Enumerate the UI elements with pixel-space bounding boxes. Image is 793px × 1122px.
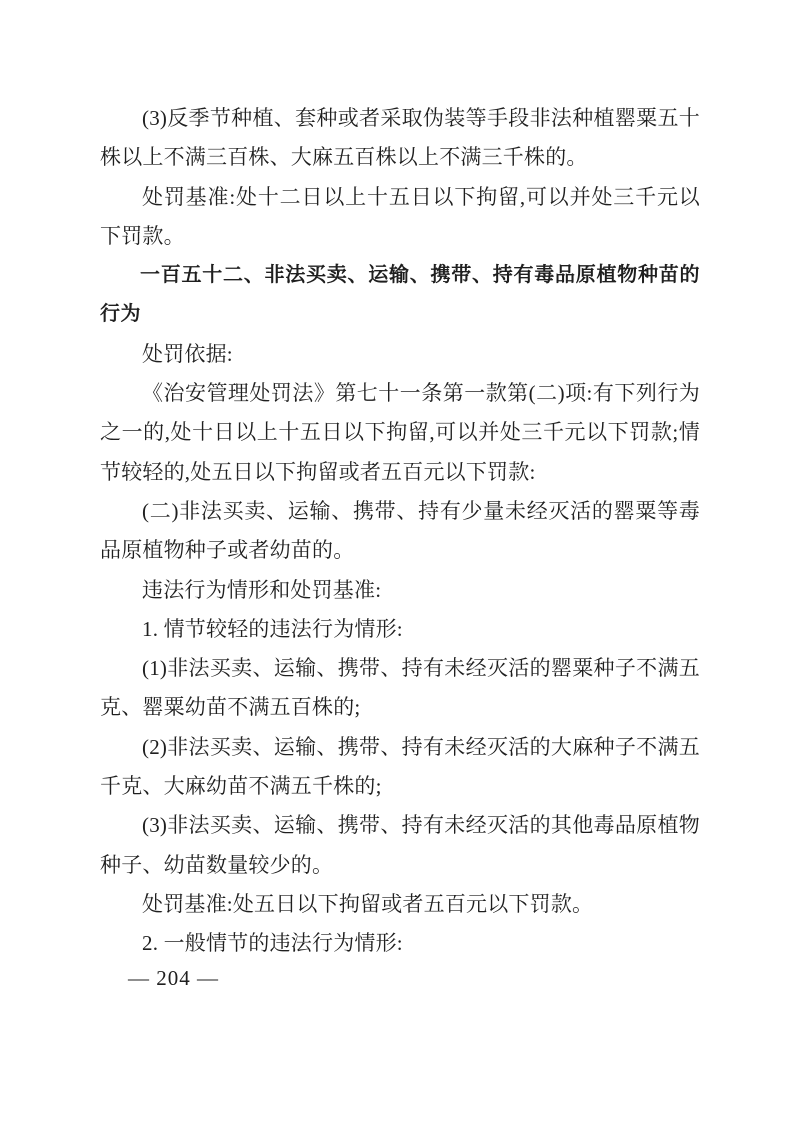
paragraph-item-2-cannabis-seeds: (2)非法买卖、运输、携带、持有未经灭活的大麻种子不满五千克、大麻幼苗不满五千株… (100, 728, 700, 807)
paragraph-law-citation: 《治安管理处罚法》第七十一条第一款第(二)项:有下列行为之一的,处十日以上十五日… (100, 374, 700, 492)
section-heading-152: 一百五十二、非法买卖、运输、携带、持有毒品原植物种苗的行为 (100, 256, 700, 335)
paragraph-general-circumstances-label: 2. 一般情节的违法行为情形: (100, 924, 700, 963)
paragraph-penalty-standard-detention: 处罚基准:处十二日以上十五日以下拘留,可以并处三千元以下罚款。 (100, 178, 700, 257)
paragraph-item-3-poppy-planting: (3)反季节种植、套种或者采取伪装等手段非法种植罂粟五十株以上不满三百株、大麻五… (100, 99, 700, 178)
paragraph-law-item-2: (二)非法买卖、运输、携带、持有少量未经灭活的罂粟等毒品原植物种子或者幼苗的。 (100, 492, 700, 571)
document-body: (3)反季节种植、套种或者采取伪装等手段非法种植罂粟五十株以上不满三百株、大麻五… (100, 99, 700, 964)
paragraph-minor-circumstances-label: 1. 情节较轻的违法行为情形: (100, 610, 700, 649)
paragraph-penalty-basis-label: 处罚依据: (100, 335, 700, 374)
document-page: (3)反季节种植、套种或者采取伪装等手段非法种植罂粟五十株以上不满三百株、大麻五… (0, 0, 793, 1122)
paragraph-item-3-other-plants: (3)非法买卖、运输、携带、持有未经灭活的其他毒品原植物种子、幼苗数量较少的。 (100, 806, 700, 885)
paragraph-penalty-standard-minor: 处罚基准:处五日以下拘留或者五百元以下罚款。 (100, 885, 700, 924)
page-number: — 204 — (128, 963, 219, 993)
paragraph-circumstances-and-standards-label: 违法行为情形和处罚基准: (100, 571, 700, 610)
paragraph-item-1-poppy-seeds: (1)非法买卖、运输、携带、持有未经灭活的罂粟种子不满五克、罂粟幼苗不满五百株的… (100, 649, 700, 728)
